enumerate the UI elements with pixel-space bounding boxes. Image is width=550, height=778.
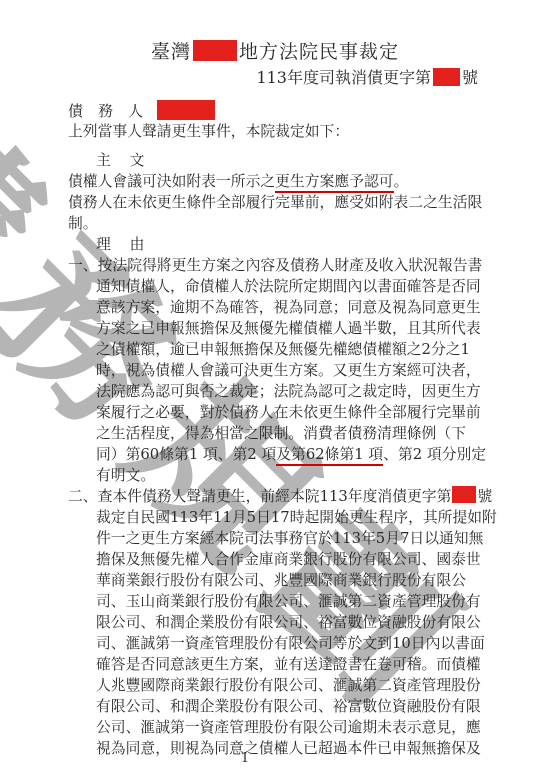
text-segment: 號 xyxy=(477,488,492,505)
document-title: 臺灣地方法院民事裁定 xyxy=(0,40,550,65)
text-segment: 方案之已申報無擔保及無優先權債權人過半數，且其所代表 xyxy=(96,320,481,337)
text-segment: 制。 xyxy=(68,215,98,232)
redaction-box-court-name xyxy=(193,40,237,61)
body-line: 司、玉山商業銀行股份有限公司、滙誠第二資產管理股份有 xyxy=(68,591,498,612)
section-heading: 主 文 xyxy=(68,150,498,171)
case-number-line: 113年度司執消債更字第號 xyxy=(0,67,550,88)
text-segment: 時，視為債權人會議可決更生方案。又更生方案經可決者， xyxy=(96,362,481,379)
body-line: 意該方案，逾期不為確答，視為同意；同意及視為同意更生 xyxy=(68,297,498,318)
body-line: 制。 xyxy=(68,213,498,234)
text-segment: 按法院得將更生方案之內容及債務人財產及收入狀況報告書 xyxy=(98,257,483,274)
body-line: 債權人會議可決如附表一所示之更生方案應予認可。 xyxy=(68,171,498,192)
intro-line: 上列當事人聲請更生事件，本院裁定如下： xyxy=(0,121,550,142)
body-line: 之生活程度，得為相當之限制。消費者債務清理條例（下 xyxy=(68,423,498,444)
body-line: 華商業銀行股份有限公司、兆豐國際商業銀行股份有限公 xyxy=(68,570,498,591)
body-line: 之債權額，逾已申報無擔保及無優先權總債權額之2分之1 xyxy=(68,339,498,360)
debtor-label: 債 務 人 xyxy=(68,102,143,120)
court-ruling-page: 債務規劃 臺灣地方法院民事裁定 113年度司執消債更字第號 債 務 人 上列當事… xyxy=(0,0,550,778)
body-line: 法院應為認可與否之裁定；法院為認可之裁定時，因更生方 xyxy=(68,381,498,402)
text-segment: 法院應為認可與否之裁定；法院為認可之裁定時，因更生方 xyxy=(96,383,481,400)
text-segment: 通知債權人，命債權人於法院所定期間內以書面確答是否同 xyxy=(96,278,481,295)
ruling-body: 主 文債權人會議可決如附表一所示之更生方案應予認可。債務人在未依更生條件全部履行… xyxy=(0,150,498,759)
text-segment: 裁定自民國113年11月5日17時起開始更生程序，其所提如附 xyxy=(96,509,497,526)
text-segment: 意該方案，逾期不為確答，視為同意；同意及視為同意更生 xyxy=(96,299,481,316)
text-segment: 人兆豐國際商業銀行股份有限公司、滙誠第二資產管理股份 xyxy=(96,677,481,694)
body-line: 裁定自民國113年11月5日17時起開始更生程序，其所提如附 xyxy=(68,507,498,528)
redaction-box-case-number xyxy=(433,68,460,86)
document-content: 臺灣地方法院民事裁定 113年度司執消債更字第號 債 務 人 上列當事人聲請更生… xyxy=(0,0,550,778)
text-segment: 之債權額，逾已申報無擔保及無優先權總債權額之2分之1 xyxy=(96,341,470,358)
text-segment: 主 文 xyxy=(96,152,146,169)
body-line: 債務人在未依更生條件全部履行完畢前，應受如附表二之生活限 xyxy=(68,192,498,213)
body-line: 案履行之必要，對於債務人在未依更生條件全部履行完畢前 xyxy=(68,402,498,423)
case-number-suffix: 號 xyxy=(462,68,478,87)
text-segment: 、第2 項分別定 xyxy=(383,446,486,463)
text-segment: 擔保及無優先權人合作金庫商業銀行股份有限公司、國泰世 xyxy=(96,551,481,568)
text-segment: 債權人會議可決如附表一所示之 xyxy=(68,173,275,190)
text-segment: 。 xyxy=(394,173,409,190)
body-line: 通知債權人，命債權人於法院所定期間內以書面確答是否同 xyxy=(68,276,498,297)
text-segment: 司、玉山商業銀行股份有限公司、滙誠第二資產管理股份有 xyxy=(96,593,481,610)
paragraph-number: 一、 xyxy=(68,257,98,274)
body-line: 擔保及無優先權人合作金庫商業銀行股份有限公司、國泰世 xyxy=(68,549,498,570)
redaction-box xyxy=(452,486,476,503)
body-line: 同）第60條第1 項、第2 項及第62條第1 項、第2 項分別定 xyxy=(68,444,498,465)
text-segment: 查本件債務人聲請更生，前經本院113年度消債更字第 xyxy=(98,488,452,505)
text-segment: 理 由 xyxy=(96,236,146,253)
section-heading: 理 由 xyxy=(68,234,498,255)
red-underlined-text: 及第62條第1 項 xyxy=(276,446,383,466)
body-line: 人兆豐國際商業銀行股份有限公司、滙誠第二資產管理股份 xyxy=(68,675,498,696)
text-segment: 公司、滙誠第一資產管理股份有限公司逾期未表示意見，應 xyxy=(96,719,481,736)
paragraph-number: 二、 xyxy=(68,488,98,505)
text-segment: 限公司、和潤企業股份有限公司、裕富數位資融股份有限公 xyxy=(96,614,481,631)
title-court-prefix: 臺灣 xyxy=(151,41,191,63)
case-number-prefix: 113年度司執消債更字第 xyxy=(256,68,431,87)
body-line: 限公司、和潤企業股份有限公司、裕富數位資融股份有限公 xyxy=(68,612,498,633)
text-segment: 有明文。 xyxy=(96,467,155,484)
body-line: 司、滙誠第一資產管理股份有限公司等於文到10日內以書面 xyxy=(68,633,498,654)
body-line: 公司、滙誠第一資產管理股份有限公司逾期未表示意見，應 xyxy=(68,717,498,738)
page-number: 1 xyxy=(0,751,490,766)
text-segment: 確答是否同意該更生方案，並有送達證書在卷可稽。而債權 xyxy=(96,656,481,673)
text-segment: 之生活程度，得為相當之限制。消費者債務清理條例（下 xyxy=(96,425,466,442)
text-segment: 司、滙誠第一資產管理股份有限公司等於文到10日內以書面 xyxy=(96,635,485,652)
red-underlined-text: 更生方案應予認可 xyxy=(275,173,393,193)
text-segment: 案履行之必要，對於債務人在未依更生條件全部履行完畢前 xyxy=(96,404,481,421)
text-segment: 債務人在未依更生條件全部履行完畢前，應受如附表二之生活限 xyxy=(68,194,482,211)
title-court-suffix: 地方法院民事裁定 xyxy=(239,41,399,63)
body-line: 確答是否同意該更生方案，並有送達證書在卷可稽。而債權 xyxy=(68,654,498,675)
redaction-box-debtor-name xyxy=(157,100,215,120)
text-segment: 件一之更生方案經本院司法事務官於113年5月7日以通知無 xyxy=(96,530,483,547)
body-line: 時，視為債權人會議可決更生方案。又更生方案經可決者， xyxy=(68,360,498,381)
body-line: 有明文。 xyxy=(68,465,498,486)
body-line: 件一之更生方案經本院司法事務官於113年5月7日以通知無 xyxy=(68,528,498,549)
body-line: 有限公司、和潤企業股份有限公司、裕富數位資融股份有限 xyxy=(68,696,498,717)
body-line: 一、按法院得將更生方案之內容及債務人財產及收入狀況報告書 xyxy=(68,255,498,276)
text-segment: 華商業銀行股份有限公司、兆豐國際商業銀行股份有限公 xyxy=(96,572,466,589)
text-segment: 同）第60條第1 項、第2 項 xyxy=(96,446,276,463)
body-line: 方案之已申報無擔保及無優先權債權人過半數，且其所代表 xyxy=(68,318,498,339)
body-line: 二、查本件債務人聲請更生，前經本院113年度消債更字第號 xyxy=(68,486,498,507)
text-segment: 有限公司、和潤企業股份有限公司、裕富數位資融股份有限 xyxy=(96,698,481,715)
debtor-party-line: 債 務 人 xyxy=(0,100,550,121)
